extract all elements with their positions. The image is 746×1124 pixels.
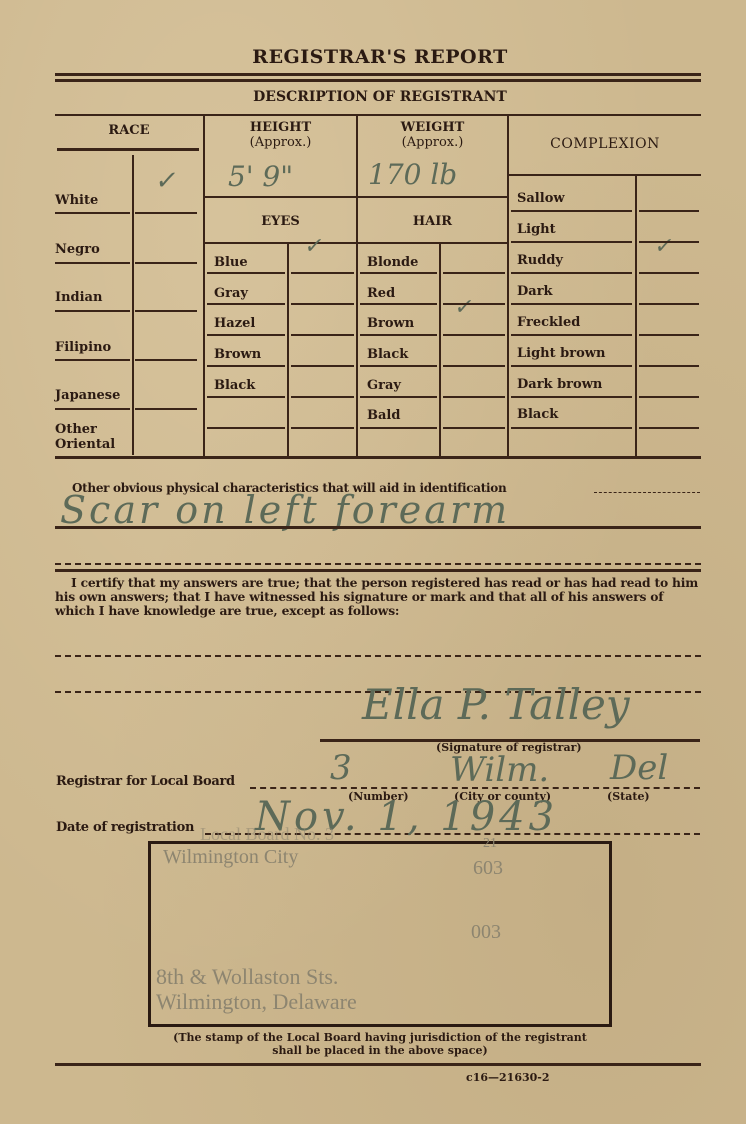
eyes-gray: Gray bbox=[214, 286, 248, 301]
hair-blonde: Blonde bbox=[367, 255, 418, 270]
title-rule-top bbox=[55, 73, 701, 76]
complexion-row-rule bbox=[511, 241, 632, 243]
complexion-row-rule bbox=[639, 241, 699, 243]
complexion-row-rule bbox=[639, 303, 699, 305]
complexion-dark: Dark bbox=[517, 284, 553, 299]
hair-check-divider bbox=[439, 244, 441, 457]
local-board-city[interactable]: Wilm. bbox=[450, 750, 549, 790]
complexion-light-brown: Light brown bbox=[517, 346, 605, 361]
weight-value[interactable]: 170 lb bbox=[368, 158, 457, 191]
complexion-row-rule bbox=[639, 365, 699, 367]
eyes-hair-row-rule bbox=[443, 334, 505, 336]
eyes-hair-row-rule bbox=[443, 427, 505, 429]
height-subheader: (Approx.) bbox=[205, 135, 356, 150]
eyes-header-rule bbox=[205, 242, 356, 244]
stamp-address-2: Wilmington, Delaware bbox=[156, 989, 357, 1015]
stamp-caption-2: shall be placed in the above space) bbox=[0, 1044, 746, 1057]
hair-black: Black bbox=[367, 347, 408, 362]
eyes-brown: Brown bbox=[214, 347, 261, 362]
hair-brown-checkbox[interactable]: ✓ bbox=[453, 295, 476, 320]
complexion-ruddy: Ruddy bbox=[517, 253, 563, 268]
stamp-number-a: 21 bbox=[483, 836, 497, 852]
complexion-row-rule bbox=[511, 365, 632, 367]
race-row-rule bbox=[55, 212, 130, 214]
race-row-rule bbox=[55, 408, 130, 410]
race-filipino: Filipino bbox=[55, 340, 111, 355]
caption-state: (State) bbox=[607, 790, 650, 803]
exceptions-line-1 bbox=[55, 655, 701, 657]
race-check-rule bbox=[135, 310, 197, 312]
complexion-row-rule bbox=[511, 272, 632, 274]
eyes-hair-row-rule bbox=[291, 396, 354, 398]
eyes-hair-row-rule bbox=[360, 427, 437, 429]
registrar-signature[interactable]: Ella P. Talley bbox=[362, 680, 630, 729]
eyes-hair-row-rule bbox=[207, 396, 285, 398]
eyes-hair-row-rule bbox=[443, 396, 505, 398]
hair-gray: Gray bbox=[367, 378, 401, 393]
race-header: RACE bbox=[55, 123, 203, 138]
complexion-header-rule bbox=[509, 174, 701, 176]
section-title: DESCRIPTION OF REGISTRANT bbox=[0, 89, 746, 105]
form-number: c16—21630-2 bbox=[466, 1071, 550, 1084]
complexion-row-rule bbox=[639, 210, 699, 212]
eyes-hair-row-rule bbox=[291, 334, 354, 336]
characteristics-line-2 bbox=[55, 563, 701, 565]
stamp-line-top: Local Board No. 3 bbox=[200, 824, 334, 845]
page-title: REGISTRAR'S REPORT bbox=[0, 46, 746, 68]
col-divider-height-weight bbox=[356, 115, 358, 457]
eyes-hair-row-rule bbox=[291, 427, 354, 429]
race-row-rule bbox=[55, 262, 130, 264]
complexion-row-rule bbox=[639, 427, 699, 429]
complexion-row-rule bbox=[639, 334, 699, 336]
race-header-rule bbox=[57, 148, 199, 151]
eyes-hair-row-rule bbox=[207, 272, 285, 274]
eyes-blue: Blue bbox=[214, 255, 248, 270]
height-header: HEIGHT bbox=[205, 120, 356, 135]
height-rule bbox=[205, 196, 356, 198]
eyes-hair-row-rule bbox=[207, 427, 285, 429]
race-indian: Indian bbox=[55, 290, 102, 305]
stamp-number-b: 603 bbox=[473, 857, 503, 880]
eyes-hair-row-rule bbox=[443, 303, 505, 305]
race-negro: Negro bbox=[55, 242, 100, 257]
hair-bald: Bald bbox=[367, 408, 400, 423]
complexion-row-rule bbox=[511, 427, 632, 429]
race-other-oriental: Other Oriental bbox=[55, 422, 131, 452]
eyes-hair-row-rule bbox=[291, 365, 354, 367]
hair-header-rule bbox=[358, 242, 507, 244]
weight-header: WEIGHT bbox=[358, 120, 507, 135]
race-check-rule bbox=[135, 359, 197, 361]
eyes-blue-checkbox[interactable]: ✓ bbox=[303, 234, 326, 259]
characteristics-line bbox=[55, 526, 701, 529]
eyes-hair-row-rule bbox=[443, 365, 505, 367]
stamp-number-c: 003 bbox=[471, 921, 501, 944]
stamp-address-1: 8th & Wollaston Sts. bbox=[156, 964, 338, 990]
col-divider-race-height bbox=[203, 115, 205, 457]
eyes-hair-row-rule bbox=[207, 334, 285, 336]
complexion-row-rule bbox=[639, 396, 699, 398]
height-value[interactable]: 5' 9" bbox=[228, 160, 293, 193]
complexion-row-rule bbox=[511, 334, 632, 336]
local-board-state[interactable]: Del bbox=[610, 748, 668, 788]
complexion-black: Black bbox=[517, 407, 558, 422]
race-check-rule bbox=[135, 408, 197, 410]
col-divider-weight-complexion bbox=[507, 115, 509, 457]
complexion-freckled: Freckled bbox=[517, 315, 580, 330]
eyes-hair-row-rule bbox=[360, 303, 437, 305]
eyes-hair-row-rule bbox=[360, 272, 437, 274]
hair-red: Red bbox=[367, 286, 395, 301]
date-label: Date of registration bbox=[56, 820, 194, 835]
weight-subheader: (Approx.) bbox=[358, 135, 507, 150]
stamp-city: Wilmington City bbox=[163, 846, 298, 869]
complexion-row-rule bbox=[511, 210, 632, 212]
complexion-sallow: Sallow bbox=[517, 191, 565, 206]
eyes-hair-row-rule bbox=[360, 365, 437, 367]
race-check-rule bbox=[135, 262, 197, 264]
eyes-hair-row-rule bbox=[207, 303, 285, 305]
eyes-hair-row-rule bbox=[291, 272, 354, 274]
footer-rule bbox=[55, 1063, 701, 1066]
race-check-rule bbox=[135, 212, 197, 214]
complexion-row-rule bbox=[511, 303, 632, 305]
complexion-dark-brown: Dark brown bbox=[517, 377, 602, 392]
other-characteristics-dots bbox=[594, 492, 700, 493]
table-top-rule bbox=[55, 114, 701, 116]
hair-header: HAIR bbox=[358, 214, 507, 229]
eyes-hair-row-rule bbox=[291, 303, 354, 305]
race-white-checkbox[interactable]: ✓ bbox=[153, 166, 180, 196]
eyes-hair-row-rule bbox=[360, 396, 437, 398]
local-board-number[interactable]: 3 bbox=[330, 748, 352, 788]
stamp-caption-1: (The stamp of the Local Board having jur… bbox=[0, 1031, 746, 1044]
race-white: White bbox=[55, 193, 98, 208]
complexion-row-rule bbox=[511, 396, 632, 398]
hair-brown: Brown bbox=[367, 316, 414, 331]
complexion-light: Light bbox=[517, 222, 556, 237]
eyes-check-divider bbox=[287, 244, 289, 457]
certification-top-rule bbox=[55, 569, 701, 572]
eyes-black: Black bbox=[214, 378, 255, 393]
race-row-rule bbox=[55, 359, 130, 361]
eyes-hair-row-rule bbox=[360, 334, 437, 336]
title-rule-bottom bbox=[55, 79, 701, 82]
race-japanese: Japanese bbox=[55, 388, 120, 403]
complexion-check-divider bbox=[635, 176, 637, 456]
race-row-rule bbox=[55, 310, 130, 312]
eyes-hair-row-rule bbox=[207, 365, 285, 367]
certification-text: I certify that my answers are true; that… bbox=[55, 576, 703, 618]
complexion-ruddy-checkbox[interactable]: ✓ bbox=[653, 234, 676, 259]
table-bottom-rule bbox=[55, 456, 701, 459]
local-board-label: Registrar for Local Board bbox=[56, 774, 235, 789]
weight-rule bbox=[358, 196, 507, 198]
race-check-divider bbox=[132, 155, 134, 455]
eyes-hair-row-rule bbox=[443, 272, 505, 274]
complexion-header: COMPLEXION bbox=[509, 137, 701, 152]
eyes-hazel: Hazel bbox=[214, 316, 255, 331]
eyes-header: EYES bbox=[205, 214, 356, 229]
complexion-row-rule bbox=[639, 272, 699, 274]
